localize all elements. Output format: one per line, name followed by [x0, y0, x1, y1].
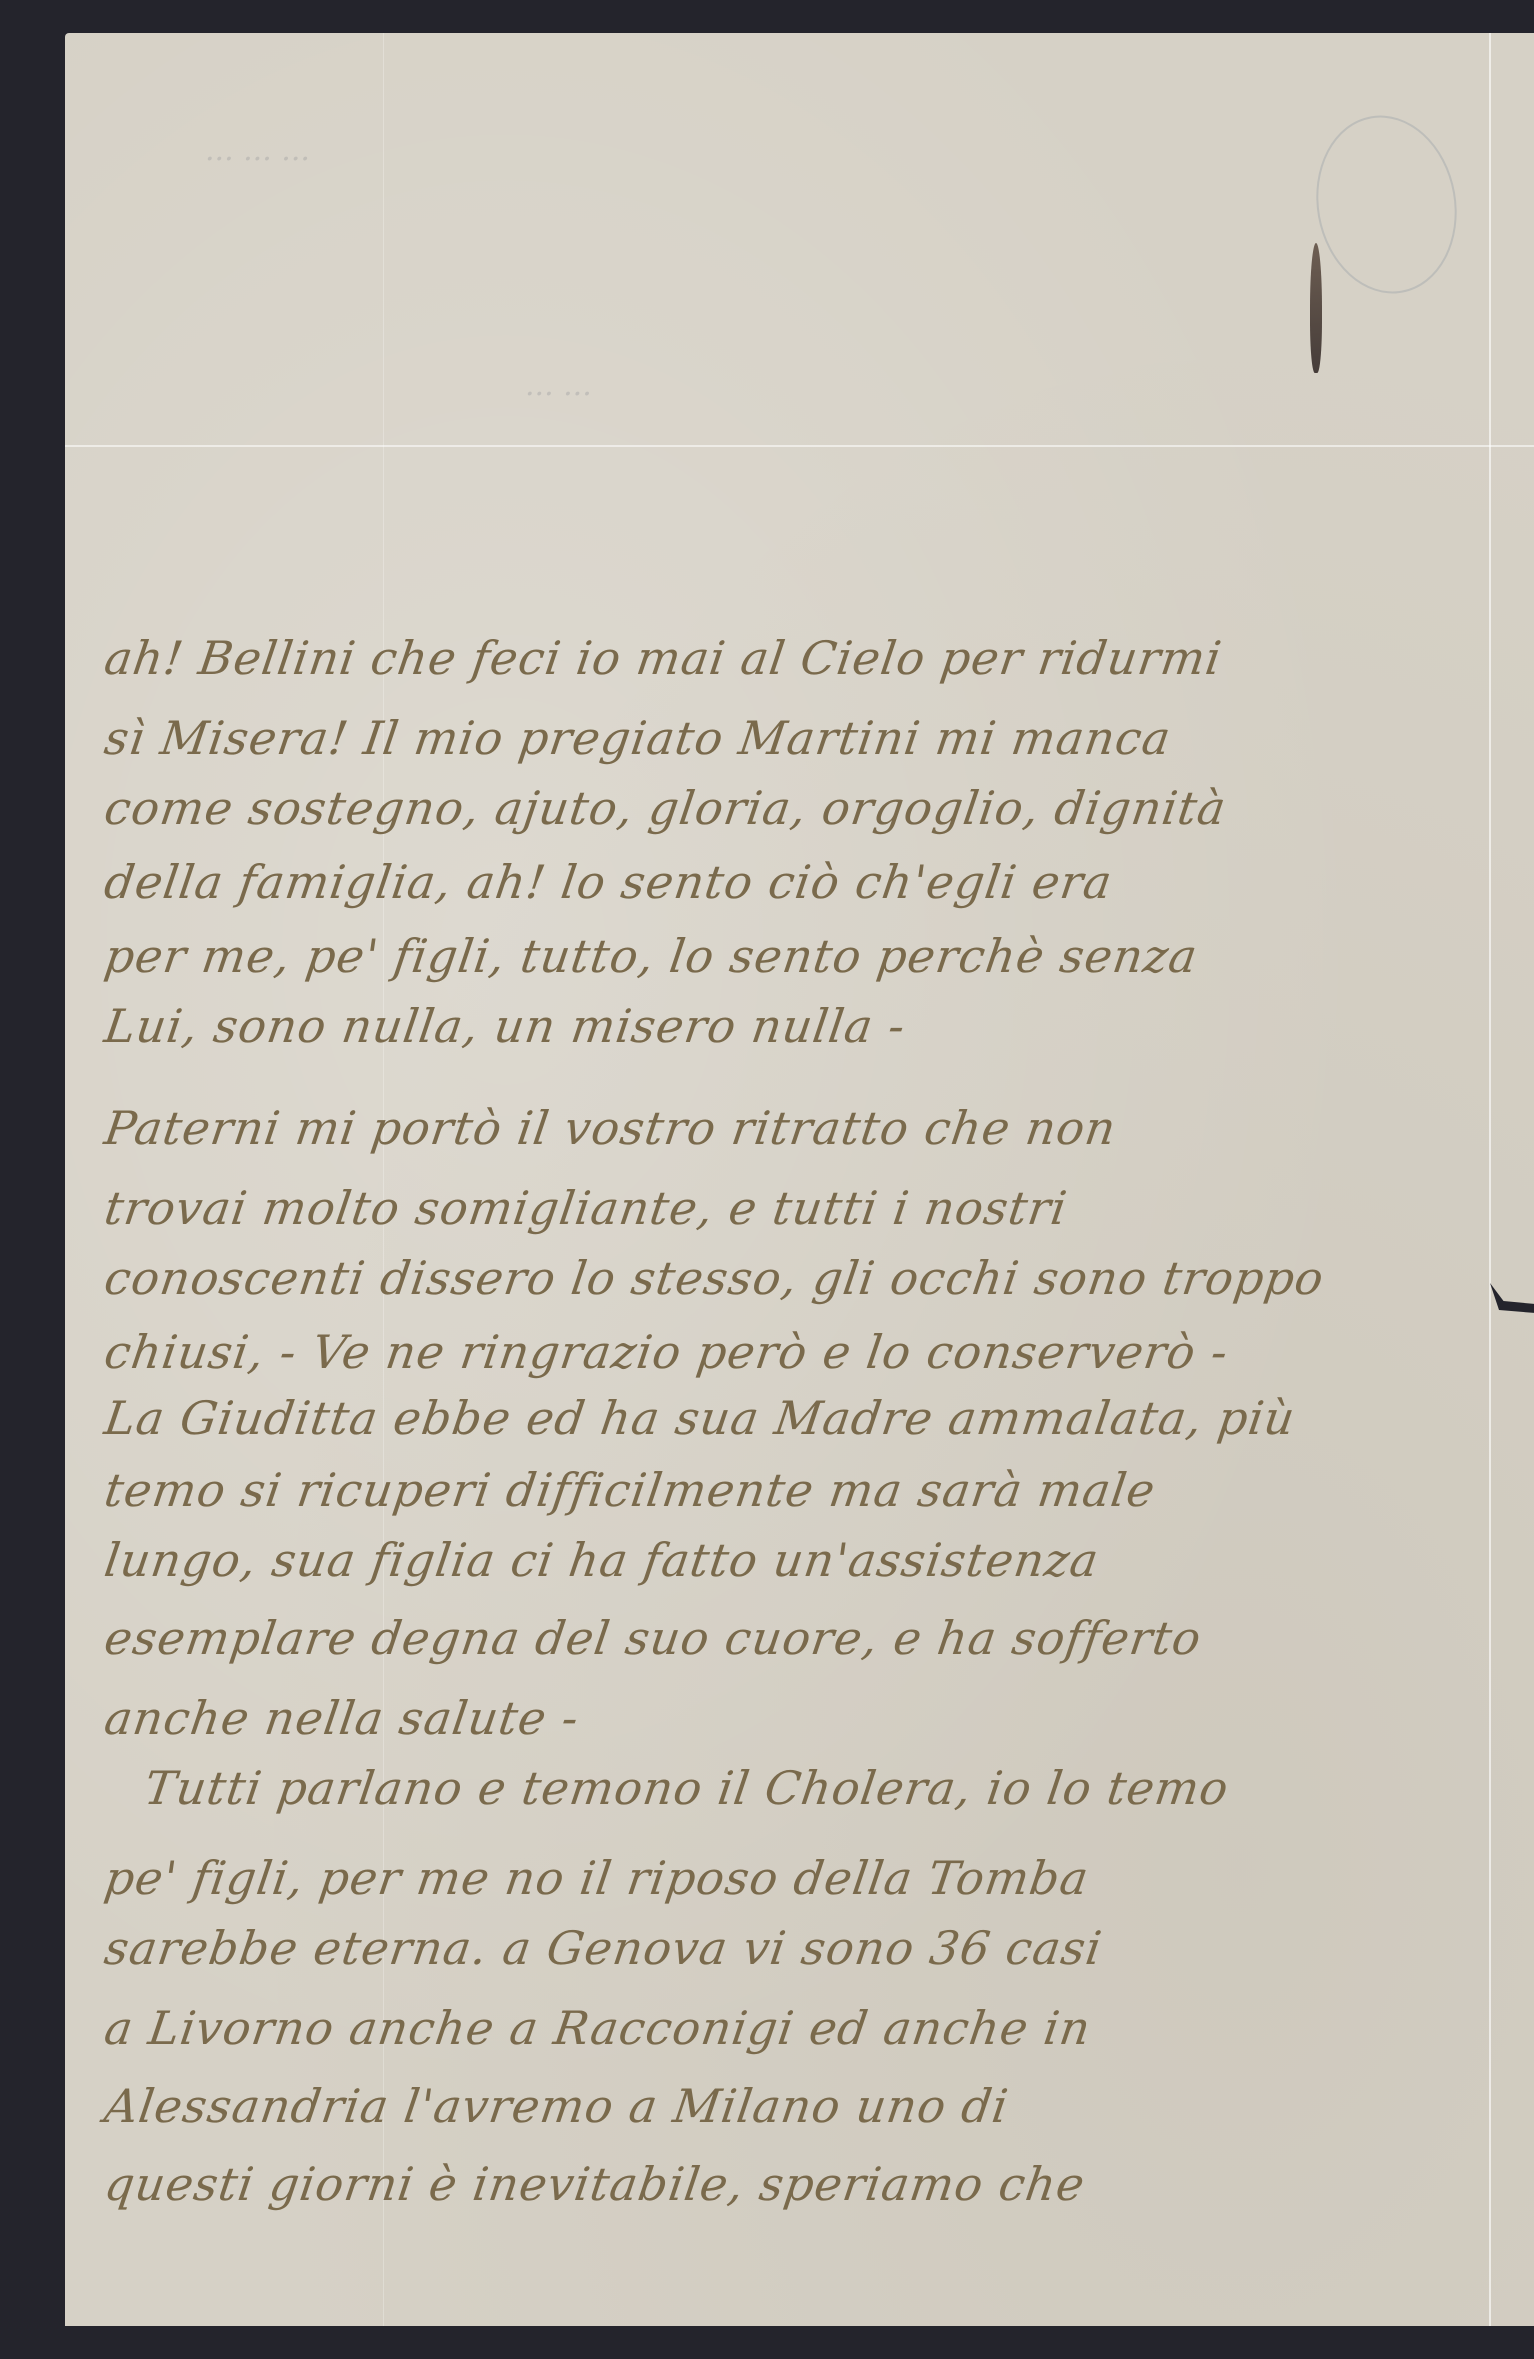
letter-page: ... ... ... ... ... ah! Bellini che feci… — [65, 33, 1534, 2326]
letter-line-1: ah! Bellini che feci io mai al Cielo per… — [101, 631, 1225, 685]
letter-line-17: pe' figli, per me no il riposo della Tom… — [101, 1851, 1092, 1905]
bleedthrough-address: ... ... ... — [205, 133, 310, 168]
letter-line-3: come sostegno, ajuto, gloria, orgoglio, … — [101, 781, 1230, 835]
faint-vertical-crease — [383, 33, 384, 2326]
letter-line-8: trovai molto somigliante, e tutti i nost… — [101, 1181, 1071, 1235]
letter-line-15: anche nella salute - — [101, 1691, 582, 1745]
horizontal-fold-line — [65, 445, 1534, 447]
bleedthrough-signature: ... ... — [525, 368, 592, 403]
letter-line-14: esemplare degna del suo cuore, e ha soff… — [101, 1611, 1205, 1665]
letter-line-11: La Giuditta ebbe ed ha sua Madre ammalat… — [101, 1391, 1299, 1445]
paper-tear — [1490, 1283, 1534, 1313]
postal-stamp-mark — [1303, 104, 1471, 304]
letter-line-16: Tutti parlano e temono il Cholera, io lo… — [141, 1761, 1232, 1815]
letter-line-19: a Livorno anche a Racconigi ed anche in — [101, 2001, 1094, 2055]
letter-line-2: sì Misera! Il mio pregiato Martini mi ma… — [101, 711, 1174, 765]
letter-line-4: della famiglia, ah! lo sento ciò ch'egli… — [101, 855, 1116, 909]
letter-line-21: questi giorni è inevitabile, speriamo ch… — [101, 2157, 1088, 2211]
letter-line-6: Lui, sono nulla, un misero nulla - — [101, 999, 909, 1053]
ink-stroke-mark — [1310, 243, 1322, 373]
letter-line-9: conoscenti dissero lo stesso, gli occhi … — [101, 1251, 1327, 1305]
letter-line-5: per me, pe' figli, tutto, lo sento perch… — [101, 929, 1201, 983]
vertical-fold-line — [1489, 33, 1491, 2326]
letter-line-18: sarebbe eterna. a Genova vi sono 36 casi — [101, 1921, 1105, 1975]
letter-line-20: Alessandria l'avremo a Milano uno di — [101, 2079, 1012, 2133]
letter-line-12: temo si ricuperi difficilmente ma sarà m… — [101, 1463, 1159, 1517]
letter-line-7: Paterni mi portò il vostro ritratto che … — [101, 1101, 1120, 1155]
letter-line-13: lungo, sua figlia ci ha fatto un'assiste… — [101, 1533, 1102, 1587]
letter-line-10: chiusi, - Ve ne ringrazio però e lo cons… — [101, 1325, 1232, 1379]
